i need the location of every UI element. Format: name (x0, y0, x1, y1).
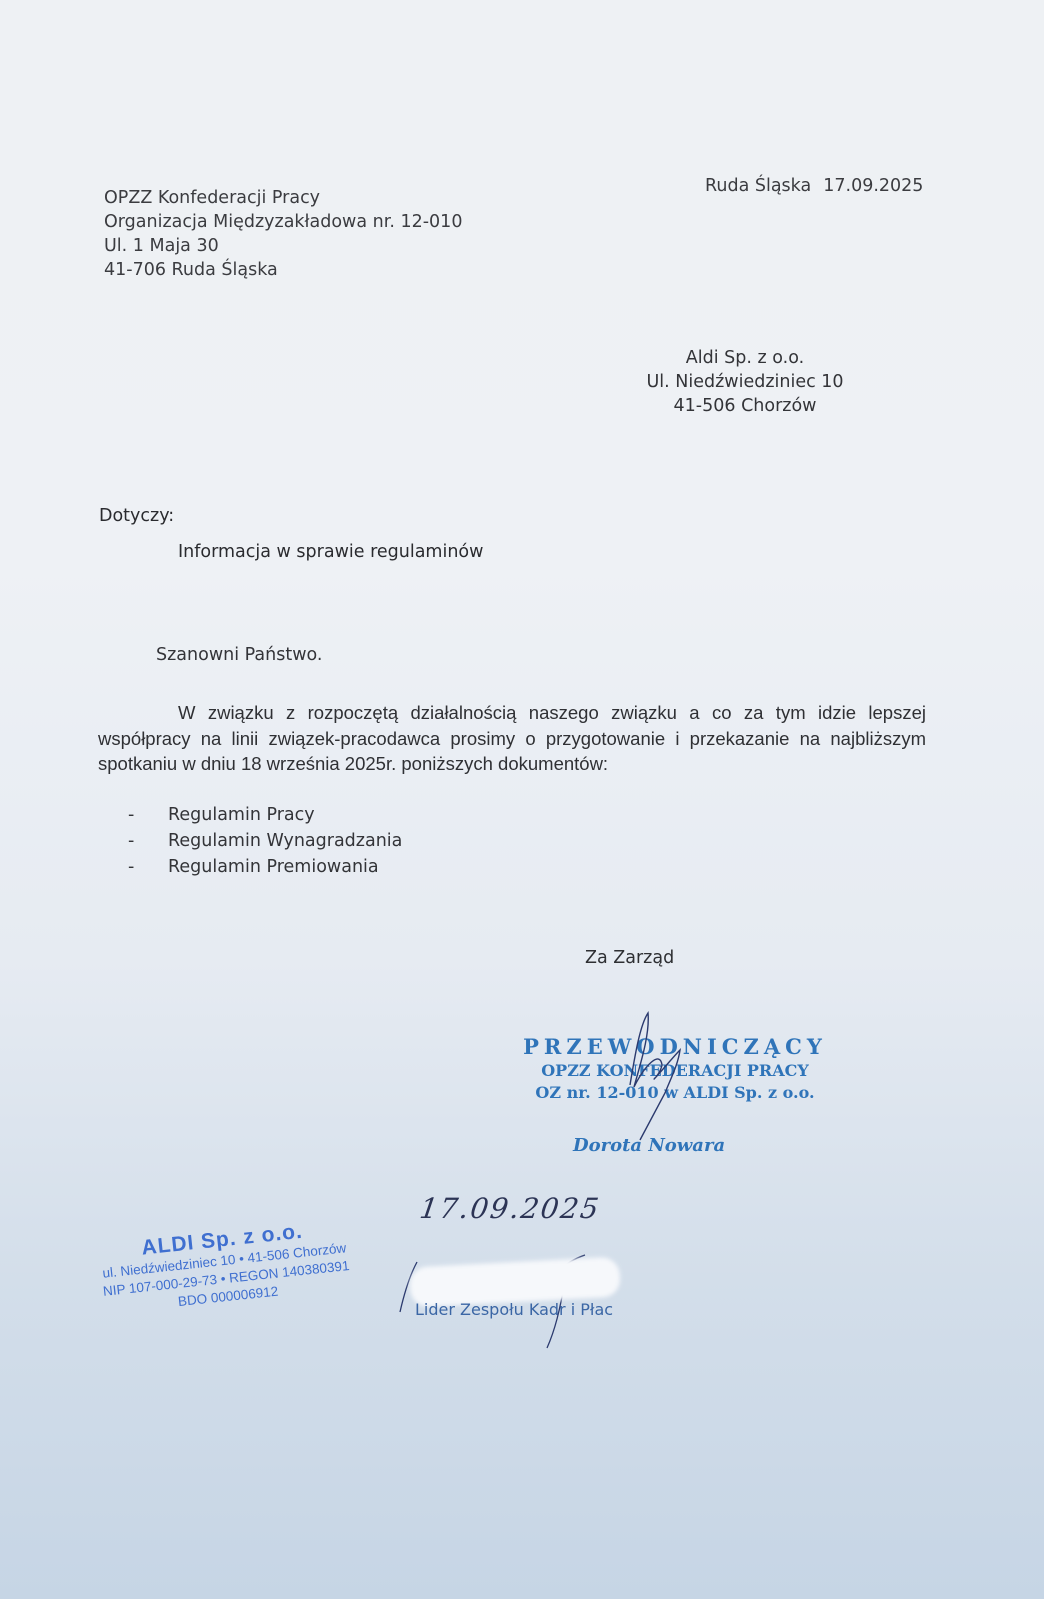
sender-line: 41-706 Ruda Śląska (104, 258, 462, 282)
place-date: Ruda Śląska17.09.2025 (705, 176, 923, 196)
sender-line: Ul. 1 Maja 30 (104, 234, 462, 258)
subject-label: Dotyczy: (99, 506, 174, 526)
document-label: Regulamin Pracy (168, 802, 315, 828)
body-paragraph: W związku z rozpoczętą działalnością nas… (98, 700, 926, 777)
letter-page: OPZZ Konfederacji Pracy Organizacja Międ… (0, 0, 1044, 1599)
list-item: -Regulamin Wynagradzania (128, 828, 402, 854)
bullet-dash: - (128, 828, 168, 854)
recipient-line: 41-506 Chorzów (600, 394, 890, 418)
document-label: Regulamin Premiowania (168, 854, 379, 880)
recipient-line: Aldi Sp. z o.o. (600, 346, 890, 370)
signoff: Za Zarząd (585, 948, 674, 968)
aldi-company-stamp: ALDI Sp. z o.o. ul. Niedźwiedziniec 10 •… (77, 1213, 374, 1321)
bullet-dash: - (128, 854, 168, 880)
handwritten-receipt-date: 17.09.2025 (418, 1192, 603, 1225)
greeting: Szanowni Państwo. (156, 645, 322, 665)
receiver-title: Lider Zespołu Kadr i Płac (415, 1300, 613, 1319)
requested-documents-list: -Regulamin Pracy -Regulamin Wynagradzani… (128, 802, 402, 880)
sender-line: Organizacja Międzyzakładowa nr. 12-010 (104, 210, 462, 234)
list-item: -Regulamin Premiowania (128, 854, 402, 880)
date: 17.09.2025 (823, 176, 923, 196)
chair-signature (590, 1005, 710, 1145)
list-item: -Regulamin Pracy (128, 802, 402, 828)
sender-address: OPZZ Konfederacji Pracy Organizacja Międ… (104, 186, 462, 282)
sender-line: OPZZ Konfederacji Pracy (104, 186, 462, 210)
subject-text: Informacja w sprawie regulaminów (178, 542, 483, 562)
recipient-line: Ul. Niedźwiedziniec 10 (600, 370, 890, 394)
place: Ruda Śląska (705, 176, 811, 196)
bullet-dash: - (128, 802, 168, 828)
recipient-address: Aldi Sp. z o.o. Ul. Niedźwiedziniec 10 4… (600, 346, 890, 418)
document-label: Regulamin Wynagradzania (168, 828, 402, 854)
